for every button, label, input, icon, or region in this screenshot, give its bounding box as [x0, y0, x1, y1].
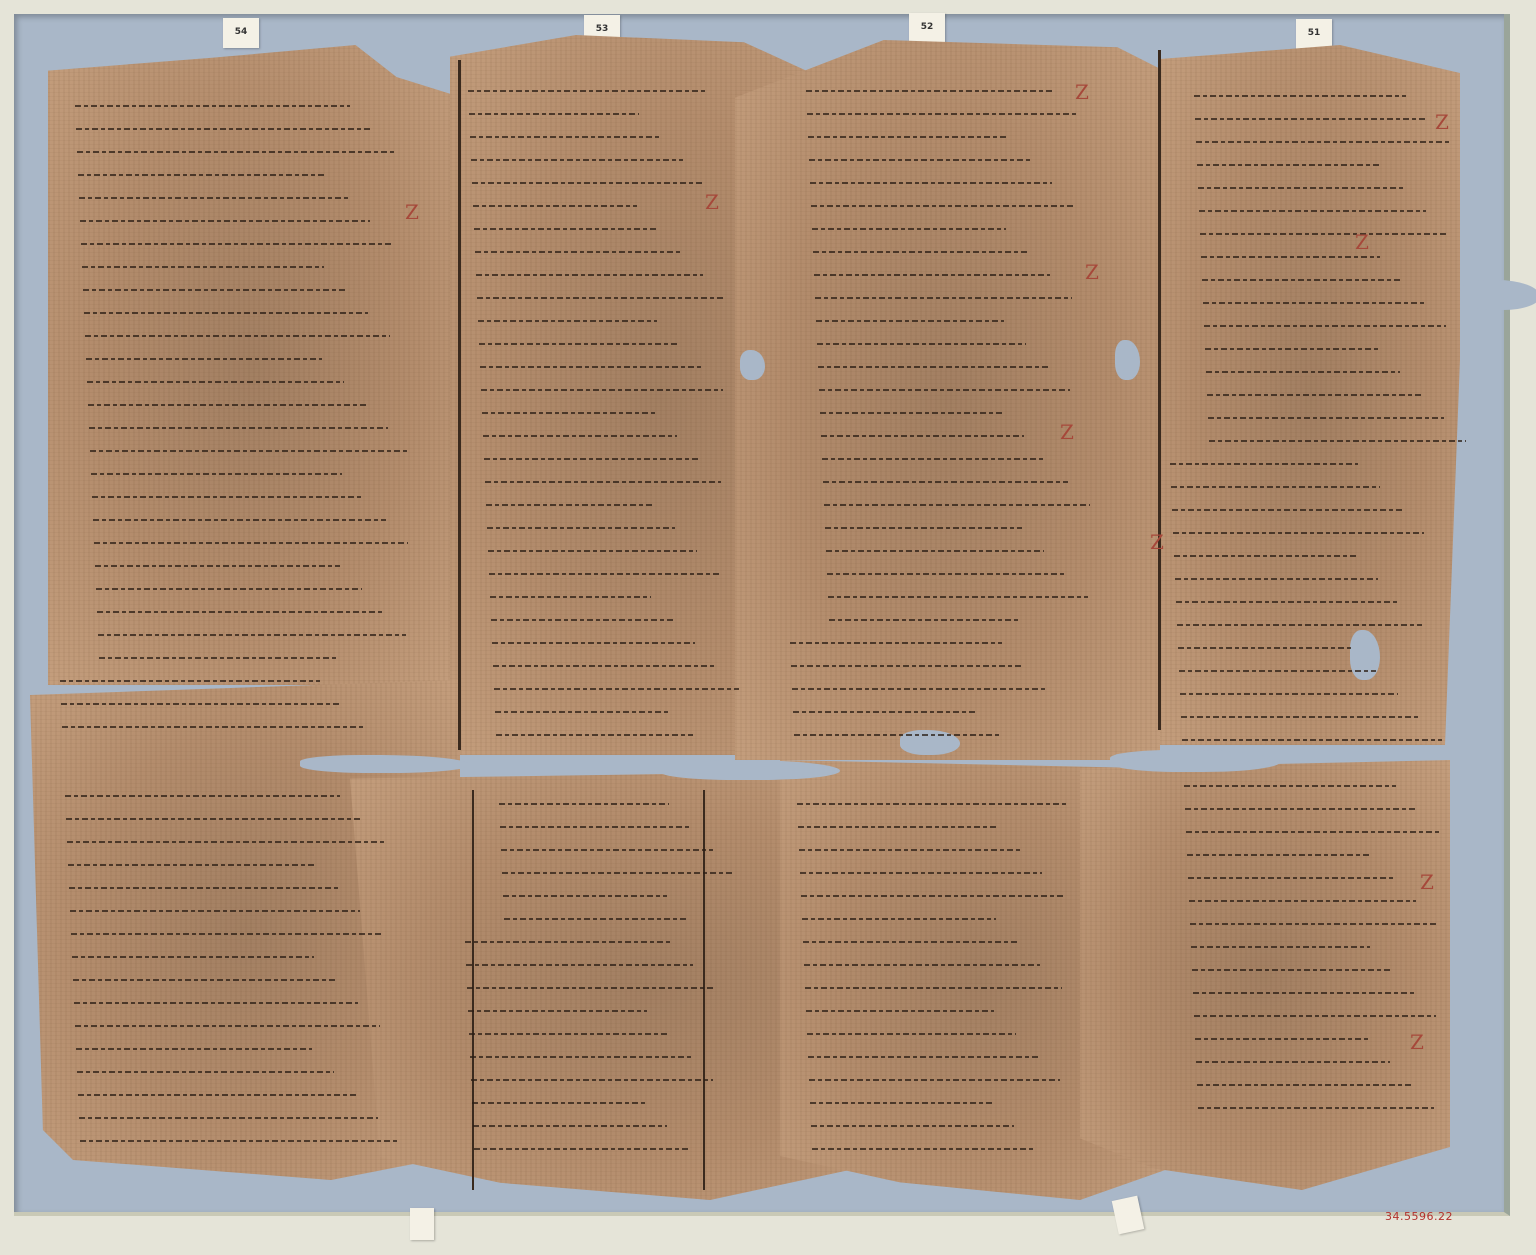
text-line — [493, 665, 717, 667]
papyrus-gap — [740, 350, 765, 380]
text-line — [1178, 647, 1354, 649]
text-line — [468, 90, 707, 92]
text-line — [87, 381, 344, 383]
text-line — [467, 987, 715, 989]
blank-mount-tag — [410, 1208, 434, 1240]
text-line — [79, 197, 348, 199]
text-line — [94, 542, 408, 544]
text-line — [477, 297, 725, 299]
text-line — [1194, 1015, 1436, 1017]
text-line — [78, 174, 326, 176]
text-line — [828, 596, 1088, 598]
text-line — [1195, 1038, 1368, 1040]
text-line — [1187, 854, 1372, 856]
text-line — [1198, 187, 1404, 189]
seam-crack — [1158, 50, 1161, 730]
red-rubric-mark: Z — [1420, 870, 1434, 894]
text-line — [1186, 831, 1440, 833]
text-line — [1198, 1107, 1434, 1109]
papyrus-gap — [300, 755, 470, 773]
text-line — [1195, 118, 1428, 120]
text-line — [82, 266, 324, 268]
text-line — [821, 435, 1024, 437]
text-line — [791, 665, 1024, 667]
text-line — [470, 1056, 691, 1058]
column-label-54: 54 — [223, 18, 259, 48]
text-line — [472, 182, 705, 184]
text-line — [469, 113, 639, 115]
text-line — [1188, 877, 1394, 879]
text-line — [1190, 923, 1438, 925]
text-line — [99, 657, 338, 659]
text-line — [494, 688, 739, 690]
text-line — [812, 228, 1006, 230]
text-line — [470, 136, 661, 138]
text-line — [476, 274, 703, 276]
papyrus-gap — [660, 760, 840, 780]
text-line — [1192, 969, 1392, 971]
text-line — [812, 1148, 1036, 1150]
text-line — [1170, 463, 1358, 465]
text-line — [1179, 670, 1376, 672]
text-line — [84, 312, 368, 314]
text-line — [824, 504, 1090, 506]
text-line — [96, 588, 362, 590]
text-line — [794, 734, 1000, 736]
text-line — [97, 611, 384, 613]
text-line — [89, 427, 388, 429]
red-rubric-mark: Z — [1355, 230, 1369, 254]
text-line — [70, 910, 360, 912]
text-line — [1193, 992, 1414, 994]
text-line — [80, 220, 370, 222]
papyrus-fragment-col51-lower — [1080, 760, 1450, 1190]
text-line — [1204, 325, 1446, 327]
text-line — [798, 826, 998, 828]
text-line — [829, 619, 1020, 621]
text-line — [62, 726, 364, 728]
text-line — [465, 941, 671, 943]
text-line — [802, 918, 996, 920]
text-line — [503, 895, 667, 897]
red-rubric-mark: Z — [705, 190, 719, 214]
text-line — [1184, 785, 1396, 787]
text-line — [809, 159, 1030, 161]
text-line — [479, 343, 679, 345]
text-line — [485, 481, 721, 483]
text-line — [469, 1033, 669, 1035]
text-line — [480, 366, 701, 368]
text-line — [797, 803, 1066, 805]
text-line — [808, 136, 1008, 138]
text-line — [504, 918, 689, 920]
text-line — [826, 550, 1044, 552]
text-line — [816, 320, 1004, 322]
text-line — [1185, 808, 1418, 810]
text-line — [468, 1010, 647, 1012]
text-line — [492, 642, 695, 644]
text-line — [801, 895, 1064, 897]
papyrus-gap — [1460, 280, 1536, 310]
text-line — [487, 527, 675, 529]
text-line — [77, 151, 394, 153]
text-line — [1205, 348, 1378, 350]
red-rubric-mark: Z — [1085, 260, 1099, 284]
text-line — [65, 795, 340, 797]
text-line — [475, 251, 681, 253]
text-line — [74, 1002, 358, 1004]
text-line — [1176, 601, 1400, 603]
text-line — [1208, 417, 1444, 419]
text-line — [471, 159, 683, 161]
text-line — [818, 366, 1048, 368]
text-line — [91, 473, 342, 475]
text-line — [1196, 1061, 1390, 1063]
text-line — [83, 289, 346, 291]
text-line — [1189, 900, 1416, 902]
text-line — [60, 680, 320, 682]
papyrus-gap — [1110, 750, 1280, 772]
red-rubric-mark: Z — [1075, 80, 1089, 104]
text-line — [805, 987, 1062, 989]
text-line — [792, 688, 1046, 690]
text-line — [1194, 95, 1406, 97]
papyrus-gap — [1115, 340, 1140, 380]
text-line — [76, 1048, 312, 1050]
text-line — [807, 113, 1076, 115]
text-line — [793, 711, 978, 713]
red-rubric-mark: Z — [1150, 530, 1164, 554]
text-line — [68, 864, 316, 866]
text-line — [799, 849, 1020, 851]
text-line — [90, 450, 410, 452]
text-line — [1203, 302, 1424, 304]
text-line — [1209, 440, 1466, 442]
text-line — [822, 458, 1046, 460]
text-line — [1202, 279, 1402, 281]
text-line — [1201, 256, 1380, 258]
text-line — [481, 389, 723, 391]
text-line — [806, 90, 1054, 92]
text-line — [71, 933, 382, 935]
text-line — [808, 1056, 1038, 1058]
text-line — [80, 1140, 400, 1142]
text-line — [472, 1102, 645, 1104]
text-line — [1191, 946, 1370, 948]
text-line — [61, 703, 342, 705]
text-line — [1173, 532, 1424, 534]
text-line — [827, 573, 1066, 575]
text-line — [1197, 164, 1382, 166]
text-line — [67, 841, 384, 843]
text-line — [88, 404, 366, 406]
text-line — [815, 297, 1072, 299]
text-line — [1182, 739, 1442, 741]
text-line — [810, 182, 1052, 184]
text-line — [825, 527, 1022, 529]
text-line — [800, 872, 1042, 874]
text-line — [1180, 693, 1398, 695]
text-line — [809, 1079, 1060, 1081]
text-line — [482, 412, 655, 414]
seam-crack — [458, 60, 461, 750]
red-rubric-mark: Z — [1060, 420, 1074, 444]
text-line — [820, 412, 1002, 414]
text-line — [495, 711, 671, 713]
text-line — [1196, 141, 1450, 143]
text-line — [488, 550, 697, 552]
text-line — [75, 105, 350, 107]
text-line — [1207, 394, 1422, 396]
text-line — [473, 1125, 667, 1127]
seam-crack — [472, 790, 474, 1190]
column-label-52: 52 — [909, 13, 945, 43]
mount-frame: 54 53 52 51 Z Z Z Z Z Z Z Z Z Z 34.5596.… — [0, 0, 1536, 1255]
text-line — [1206, 371, 1400, 373]
red-rubric-mark: Z — [1435, 110, 1449, 134]
text-line — [819, 389, 1070, 391]
text-line — [92, 496, 364, 498]
text-line — [813, 251, 1028, 253]
text-line — [502, 872, 735, 874]
text-line — [500, 826, 691, 828]
text-line — [86, 358, 322, 360]
text-line — [1172, 509, 1402, 511]
text-line — [491, 619, 673, 621]
text-line — [75, 1025, 380, 1027]
text-line — [76, 128, 372, 130]
text-line — [1171, 486, 1380, 488]
text-line — [1174, 555, 1356, 557]
text-line — [814, 274, 1050, 276]
text-line — [93, 519, 386, 521]
text-line — [803, 941, 1018, 943]
text-line — [474, 1148, 689, 1150]
text-line — [817, 343, 1026, 345]
red-rubric-mark: Z — [1410, 1030, 1424, 1054]
text-line — [478, 320, 657, 322]
text-line — [466, 964, 693, 966]
text-line — [489, 573, 719, 575]
inventory-number: 34.5596.22 — [1385, 1210, 1453, 1223]
text-line — [69, 887, 338, 889]
text-line — [73, 979, 336, 981]
text-line — [1181, 716, 1420, 718]
text-line — [1197, 1084, 1412, 1086]
text-line — [72, 956, 314, 958]
text-line — [790, 642, 1002, 644]
text-line — [66, 818, 362, 820]
text-line — [483, 435, 677, 437]
text-line — [806, 1010, 994, 1012]
text-line — [501, 849, 713, 851]
text-line — [85, 335, 390, 337]
text-line — [484, 458, 699, 460]
text-line — [95, 565, 340, 567]
text-line — [77, 1071, 334, 1073]
text-line — [81, 243, 392, 245]
text-line — [471, 1079, 713, 1081]
text-line — [473, 205, 637, 207]
text-line — [499, 803, 669, 805]
text-line — [823, 481, 1068, 483]
text-line — [1175, 578, 1378, 580]
papyrus-fragment-col52-upper — [735, 40, 1160, 760]
text-line — [1177, 624, 1422, 626]
text-line — [490, 596, 651, 598]
text-line — [1199, 210, 1426, 212]
text-line — [78, 1094, 356, 1096]
column-label-51: 51 — [1296, 19, 1332, 49]
text-line — [496, 734, 693, 736]
text-line — [811, 1125, 1014, 1127]
text-line — [79, 1117, 378, 1119]
text-line — [810, 1102, 992, 1104]
text-line — [811, 205, 1074, 207]
text-line — [474, 228, 659, 230]
text-line — [486, 504, 653, 506]
text-line — [804, 964, 1040, 966]
red-rubric-mark: Z — [405, 200, 419, 224]
text-line — [1200, 233, 1448, 235]
text-line — [98, 634, 406, 636]
papyrus-gap — [1350, 630, 1380, 680]
text-line — [807, 1033, 1016, 1035]
